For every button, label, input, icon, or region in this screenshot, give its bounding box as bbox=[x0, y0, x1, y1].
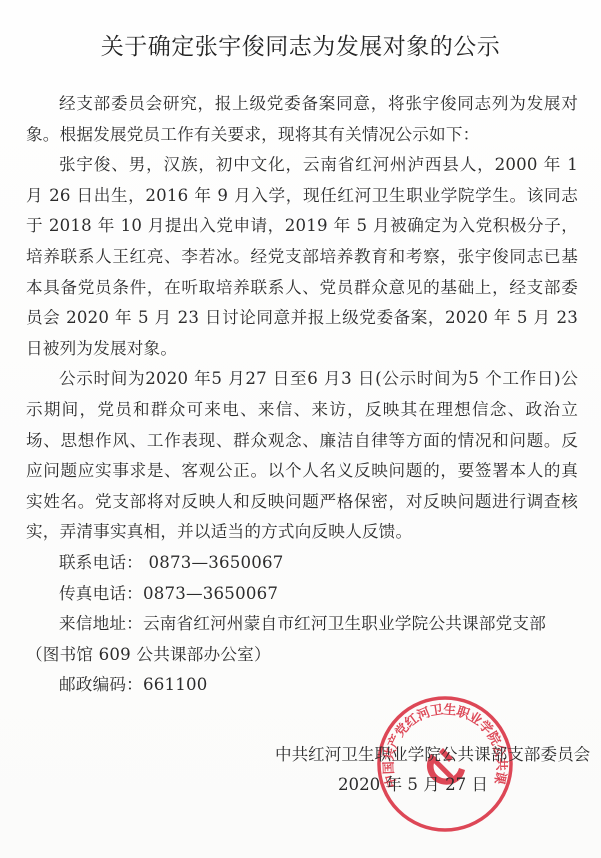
contact-postcode-value: 661100 bbox=[143, 675, 208, 694]
paragraph-intro: 经支部委员会研究，报上级党委备案同意，将张宇俊同志列为发展对象。根据发展党员工作… bbox=[26, 89, 578, 150]
contact-address-label: 来信地址： bbox=[59, 614, 143, 633]
document-body: 经支部委员会研究，报上级党委备案同意，将张宇俊同志列为发展对象。根据发展党员工作… bbox=[26, 89, 578, 701]
contact-fax-label: 传真电话： bbox=[59, 584, 143, 603]
contact-phone: 联系电话： 0873—3650067 bbox=[26, 548, 578, 579]
document-title: 关于确定张宇俊同志为发展对象的公示 bbox=[0, 28, 601, 61]
contact-address: 来信地址：云南省红河州蒙自市红河卫生职业学院公共课部党支部（图书馆 609 公共… bbox=[26, 609, 578, 670]
contact-fax: 传真电话：0873—3650067 bbox=[26, 579, 578, 610]
contact-postcode-label: 邮政编码： bbox=[59, 675, 143, 694]
contact-phone-label: 联系电话： bbox=[59, 553, 143, 572]
contact-phone-value: 0873—3650067 bbox=[143, 553, 284, 572]
signature-organization: 中共红河卫生职业学院公共课部支部委员会 bbox=[275, 740, 590, 770]
paragraph-candidate-info: 张宇俊、男，汉族，初中文化，云南省红河州泸西县人，2000 年 1 月 26 日… bbox=[26, 150, 578, 364]
document-page: 关于确定张宇俊同志为发展对象的公示 经支部委员会研究，报上级党委备案同意，将张宇… bbox=[0, 0, 601, 858]
paragraph-publicity-period: 公示时间为2020 年5 月27 日至6 月3 日(公示时间为5 个工作日)公示… bbox=[26, 364, 578, 548]
signature-date: 2020 年 5 月 27 日 bbox=[338, 770, 488, 800]
contact-fax-value: 0873—3650067 bbox=[143, 584, 278, 603]
